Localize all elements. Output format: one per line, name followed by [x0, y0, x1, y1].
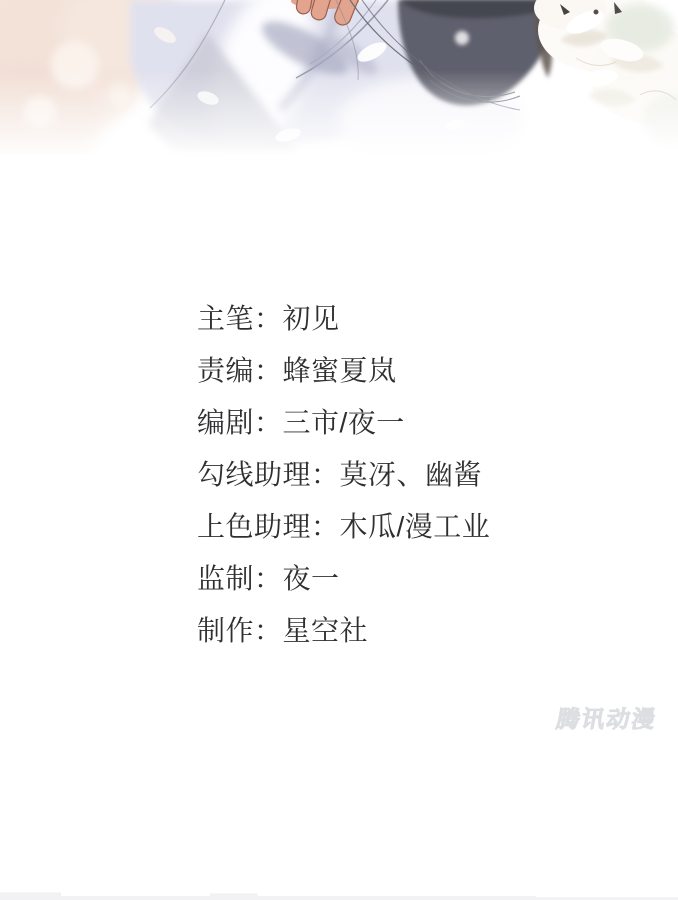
credit-line-responsible-editor: 责编：蜂蜜夏岚 — [197, 343, 490, 395]
fade-to-white-overlay — [0, 70, 678, 160]
credit-line-supervisor: 监制：夜一 — [197, 551, 490, 603]
next-panel-edge — [0, 891, 678, 900]
tencent-comics-watermark: 腾讯动漫 — [554, 701, 660, 734]
header-artwork — [0, 0, 678, 170]
credits-list: 主笔：初见 责编：蜂蜜夏岚 编剧：三市/夜一 勾线助理：莫冴、幽酱 上色助理：木… — [197, 291, 490, 655]
artwork-svg — [0, 0, 678, 170]
credit-line-screenwriter: 编剧：三市/夜一 — [197, 395, 490, 447]
credit-line-production: 制作：星空社 — [197, 603, 490, 655]
credit-line-coloring-assistant: 上色助理：木瓜/漫工业 — [197, 499, 490, 551]
fade-bottom-solid — [0, 155, 678, 170]
page: 主笔：初见 责编：蜂蜜夏岚 编剧：三市/夜一 勾线助理：莫冴、幽酱 上色助理：木… — [0, 0, 678, 900]
credit-line-lineart-assistant: 勾线助理：莫冴、幽酱 — [197, 447, 490, 499]
credit-line-lead-artist: 主笔：初见 — [197, 291, 490, 343]
